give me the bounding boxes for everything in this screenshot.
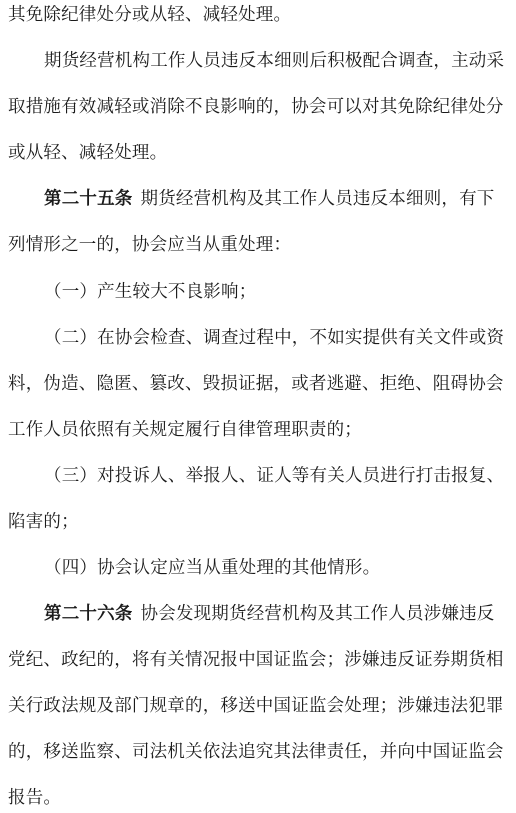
text-line: 或从轻、减轻处理。	[8, 142, 167, 164]
article-number: 第二十六条	[44, 604, 133, 624]
text-line: 党纪、政纪的，将有关情况报中国证监会；涉嫌违反证券期货相	[8, 649, 504, 671]
text-line: 料，伪造、隐匿、篡改、毁损证据，或者逃避、拒绝、阻碍协会	[8, 373, 504, 395]
text-line: 工作人员依照有关规定履行自律管理职责的；	[8, 419, 362, 441]
list-item: （一）产生较大不良影响；	[44, 281, 256, 303]
article-25-heading: 第二十五条期货经营机构及其工作人员违反本细则，有下	[44, 188, 495, 210]
article-26-heading: 第二十六条协会发现期货经营机构及其工作人员涉嫌违反	[44, 603, 495, 625]
article-text: 协会发现期货经营机构及其工作人员涉嫌违反	[141, 604, 495, 624]
text-line: 报告。	[8, 787, 61, 809]
text-line: 其免除纪律处分或从轻、减轻处理。	[8, 4, 291, 26]
list-item: （三）对投诉人、举报人、证人等有关人员进行打击报复、	[44, 465, 504, 487]
text-line: 取措施有效减轻或消除不良影响的，协会可以对其免除纪律处分	[8, 96, 504, 118]
text-line: 列情形之一的，协会应当从重处理：	[8, 234, 291, 256]
paragraph-start: 期货经营机构工作人员违反本细则后积极配合调查，主动采	[44, 50, 504, 72]
text-line: 的，移送监察、司法机关依法追究其法律责任，并向中国证监会	[8, 741, 504, 763]
article-number: 第二十五条	[44, 189, 133, 209]
text-line: 陷害的；	[8, 511, 79, 533]
article-text: 期货经营机构及其工作人员违反本细则，有下	[141, 189, 495, 209]
list-item: （四）协会认定应当从重处理的其他情形。	[44, 557, 380, 579]
text-line: 关行政法规及部门规章的，移送中国证监会处理；涉嫌违法犯罪	[8, 695, 504, 717]
list-item: （二）在协会检查、调查过程中，不如实提供有关文件或资	[44, 327, 504, 349]
